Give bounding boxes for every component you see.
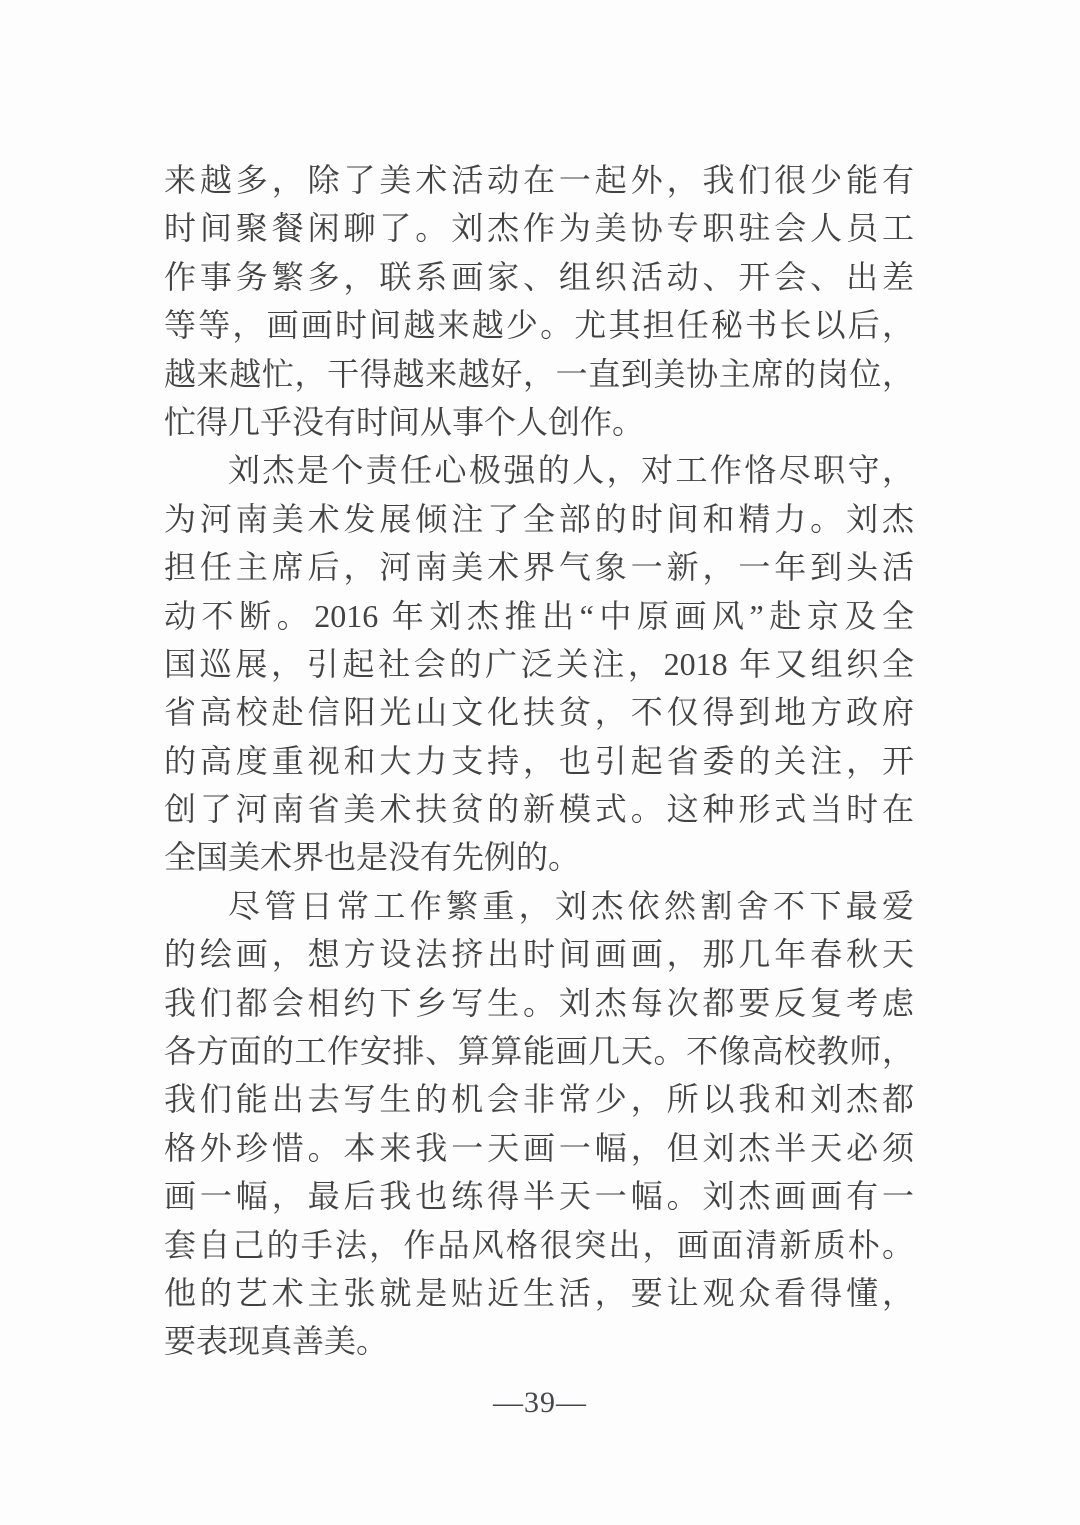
text-line: 省高校赴信阳光山文化扶贫，不仅得到地方政府 [164,688,914,736]
text-line: 创了河南省美术扶贫的新模式。这种形式当时在 [164,785,914,833]
text-line: 全国美术界也是没有先例的。 [164,833,914,881]
text-line: 刘杰是个责任心极强的人，对工作恪尽职守， [164,446,914,494]
text-line: 的绘画，想方设法挤出时间画画，那几年春秋天 [164,930,914,978]
text-line: 越来越忙，干得越来越好，一直到美协主席的岗位， [164,350,914,398]
text-line: 来越多，除了美术活动在一起外，我们很少能有 [164,156,914,204]
text-line: 等等，画画时间越来越少。尤其担任秘书长以后， [164,301,914,349]
page-number: —39— [493,1386,587,1419]
text-line: 为河南美术发展倾注了全部的时间和精力。刘杰 [164,495,914,543]
text-line: 我们能出去写生的机会非常少，所以我和刘杰都 [164,1075,914,1123]
text-line: 作事务繁多，联系画家、组织活动、开会、出差 [164,253,914,301]
text-line: 各方面的工作安排、算算能画几天。不像高校教师， [164,1027,914,1075]
text-line: 国巡展，引起社会的广泛关注，2018 年又组织全 [164,640,914,688]
text-line: 套自己的手法，作品风格很突出，画面清新质朴。 [164,1221,914,1269]
text-line: 时间聚餐闲聊了。刘杰作为美协专职驻会人员工 [164,204,914,252]
text-line: 格外珍惜。本来我一天画一幅，但刘杰半天必须 [164,1124,914,1172]
page-text-block: 来越多，除了美术活动在一起外，我们很少能有 时间聚餐闲聊了。刘杰作为美协专职驻会… [164,156,914,1366]
text-line: 的高度重视和大力支持，也引起省委的关注，开 [164,737,914,785]
text-line: 担任主席后，河南美术界气象一新，一年到头活 [164,543,914,591]
document-page: 来越多，除了美术活动在一起外，我们很少能有 时间聚餐闲聊了。刘杰作为美协专职驻会… [0,0,1080,1525]
text-line: 我们都会相约下乡写生。刘杰每次都要反复考虑 [164,979,914,1027]
text-line: 要表现真善美。 [164,1317,914,1365]
page-footer: —39— [0,1386,1080,1420]
text-line: 动不断。2016 年刘杰推出“中原画风”赴京及全 [164,592,914,640]
text-line: 他的艺术主张就是贴近生活，要让观众看得懂， [164,1269,914,1317]
text-line: 尽管日常工作繁重，刘杰依然割舍不下最爱 [164,882,914,930]
text-line: 画一幅，最后我也练得半天一幅。刘杰画画有一 [164,1172,914,1220]
text-line: 忙得几乎没有时间从事个人创作。 [164,398,914,446]
